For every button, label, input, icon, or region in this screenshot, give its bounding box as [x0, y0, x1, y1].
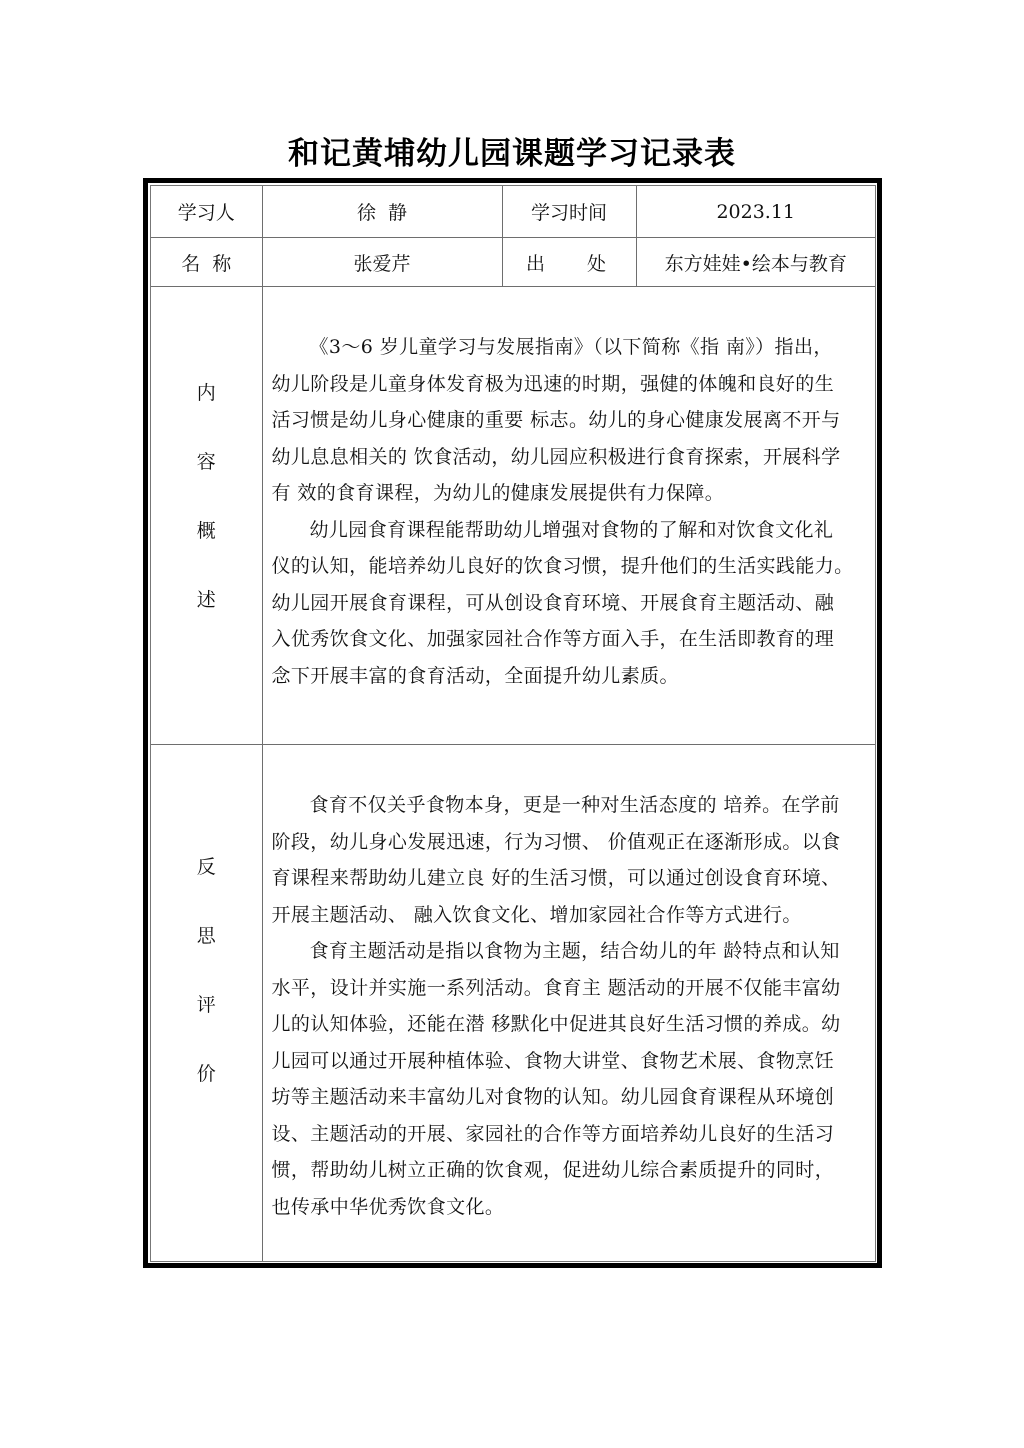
learner-value: 徐 静 — [262, 186, 502, 238]
table-row-content-summary: 内 容 概 述 《3～6 岁儿童学习与发展指南》（以下简称《指 南》）指出， 幼… — [151, 287, 875, 745]
text-line: 育课程来帮助幼儿建立良 好的生活习惯，可以通过创设食育环境、 — [272, 860, 870, 897]
study-time-label: 学习时间 — [502, 186, 636, 238]
text-line: 《3～6 岁儿童学习与发展指南》（以下简称《指 南》）指出， — [272, 329, 870, 366]
source-label: 出 处 — [502, 238, 636, 287]
label-char: 概 — [197, 519, 216, 543]
label-char: 述 — [197, 588, 216, 612]
text-line: 儿的认知体验，还能在潜 移默化中促进其良好生活习惯的养成。幼 — [272, 1006, 870, 1043]
content-summary-text: 《3～6 岁儿童学习与发展指南》（以下简称《指 南》）指出， 幼儿阶段是儿童身体… — [262, 287, 875, 745]
table-row-reflection: 反 思 评 价 食育不仅关乎食物本身，更是一种对生活态度的 培养。在学前 阶段，… — [151, 745, 875, 1262]
text-line: 阶段，幼儿身心发展迅速，行为习惯、 价值观正在逐渐形成。以食 — [272, 824, 870, 861]
content-paragraph-1: 《3～6 岁儿童学习与发展指南》（以下简称《指 南》）指出， 幼儿阶段是儿童身体… — [272, 329, 870, 512]
name-label: 名 称 — [151, 238, 262, 287]
text-line: 儿园可以通过开展种植体验、食物大讲堂、食物艺术展、食物烹饪 — [272, 1043, 870, 1080]
text-line: 有 效的食育课程，为幼儿的健康发展提供有力保障。 — [272, 475, 870, 512]
source-value: 东方娃娃•绘本与教育 — [636, 238, 875, 287]
text-line: 幼儿园开展食育课程，可从创设食育环境、开展食育主题活动、融 — [272, 585, 870, 622]
text-line: 食育主题活动是指以食物为主题，结合幼儿的年 龄特点和认知 — [272, 933, 870, 970]
text-line: 设、主题活动的开展、家园社的合作等方面培养幼儿良好的生活习 — [272, 1116, 870, 1153]
text-line: 幼儿园食育课程能帮助幼儿增强对食物的了解和对饮食文化礼 — [272, 512, 870, 549]
text-line: 入优秀饮食文化、加强家园社合作等方面入手，在生活即教育的理 — [272, 621, 870, 658]
reflection-label: 反 思 评 价 — [151, 745, 262, 1262]
text-line: 食育不仅关乎食物本身，更是一种对生活态度的 培养。在学前 — [272, 787, 870, 824]
reflection-paragraph-1: 食育不仅关乎食物本身，更是一种对生活态度的 培养。在学前 阶段，幼儿身心发展迅速… — [272, 787, 870, 933]
label-char: 思 — [197, 924, 216, 948]
text-line: 水平，设计并实施一系列活动。食育主 题活动的开展不仅能丰富幼 — [272, 970, 870, 1007]
table-row-name: 名 称 张爱芹 出 处 东方娃娃•绘本与教育 — [151, 238, 875, 287]
name-label-text: 名 称 — [181, 253, 231, 275]
text-line: 活习惯是幼儿身心健康的重要 标志。幼儿的身心健康发展离不开与 — [272, 402, 870, 439]
content-summary-label: 内 容 概 述 — [151, 287, 262, 745]
document-title: 和记黄埔幼儿园课题学习记录表 — [0, 128, 1024, 173]
reflection-paragraph-2: 食育主题活动是指以食物为主题，结合幼儿的年 龄特点和认知 水平，设计并实施一系列… — [272, 933, 870, 1225]
label-char: 内 — [197, 381, 216, 405]
text-line: 惯，帮助幼儿树立正确的饮食观，促进幼儿综合素质提升的同时， — [272, 1152, 870, 1189]
label-char: 评 — [197, 993, 216, 1017]
text-line: 开展主题活动、 融入饮食文化、增加家园社合作等方式进行。 — [272, 897, 870, 934]
label-char: 价 — [197, 1062, 216, 1086]
source-label-text: 出 处 — [526, 253, 612, 275]
text-line: 幼儿息息相关的 饮食活动，幼儿园应积极进行食育探索，开展科学 — [272, 439, 870, 476]
study-time-value: 2023.11 — [636, 186, 875, 238]
text-line: 仪的认知，能培养幼儿良好的饮食习惯，提升他们的生活实践能力。 — [272, 548, 870, 585]
text-line: 念下开展丰富的食育活动，全面提升幼儿素质。 — [272, 658, 870, 695]
table-row-learner: 学习人 徐 静 学习时间 2023.11 — [151, 186, 875, 238]
record-table-frame: 学习人 徐 静 学习时间 2023.11 名 称 张爱芹 出 处 东方娃娃•绘本… — [143, 178, 882, 1268]
learner-label: 学习人 — [151, 186, 262, 238]
content-paragraph-2: 幼儿园食育课程能帮助幼儿增强对食物的了解和对饮食文化礼 仪的认知，能培养幼儿良好… — [272, 512, 870, 695]
text-line: 坊等主题活动来丰富幼儿对食物的认知。幼儿园食育课程从环境创 — [272, 1079, 870, 1116]
reflection-text: 食育不仅关乎食物本身，更是一种对生活态度的 培养。在学前 阶段，幼儿身心发展迅速… — [262, 745, 875, 1262]
label-char: 容 — [197, 450, 216, 474]
text-line: 幼儿阶段是儿童身体发育极为迅速的时期，强健的体魄和良好的生 — [272, 366, 870, 403]
text-line: 也传承中华优秀饮食文化。 — [272, 1189, 870, 1226]
record-table: 学习人 徐 静 学习时间 2023.11 名 称 张爱芹 出 处 东方娃娃•绘本… — [151, 186, 875, 1261]
name-value: 张爱芹 — [262, 238, 502, 287]
label-char: 反 — [197, 855, 216, 879]
